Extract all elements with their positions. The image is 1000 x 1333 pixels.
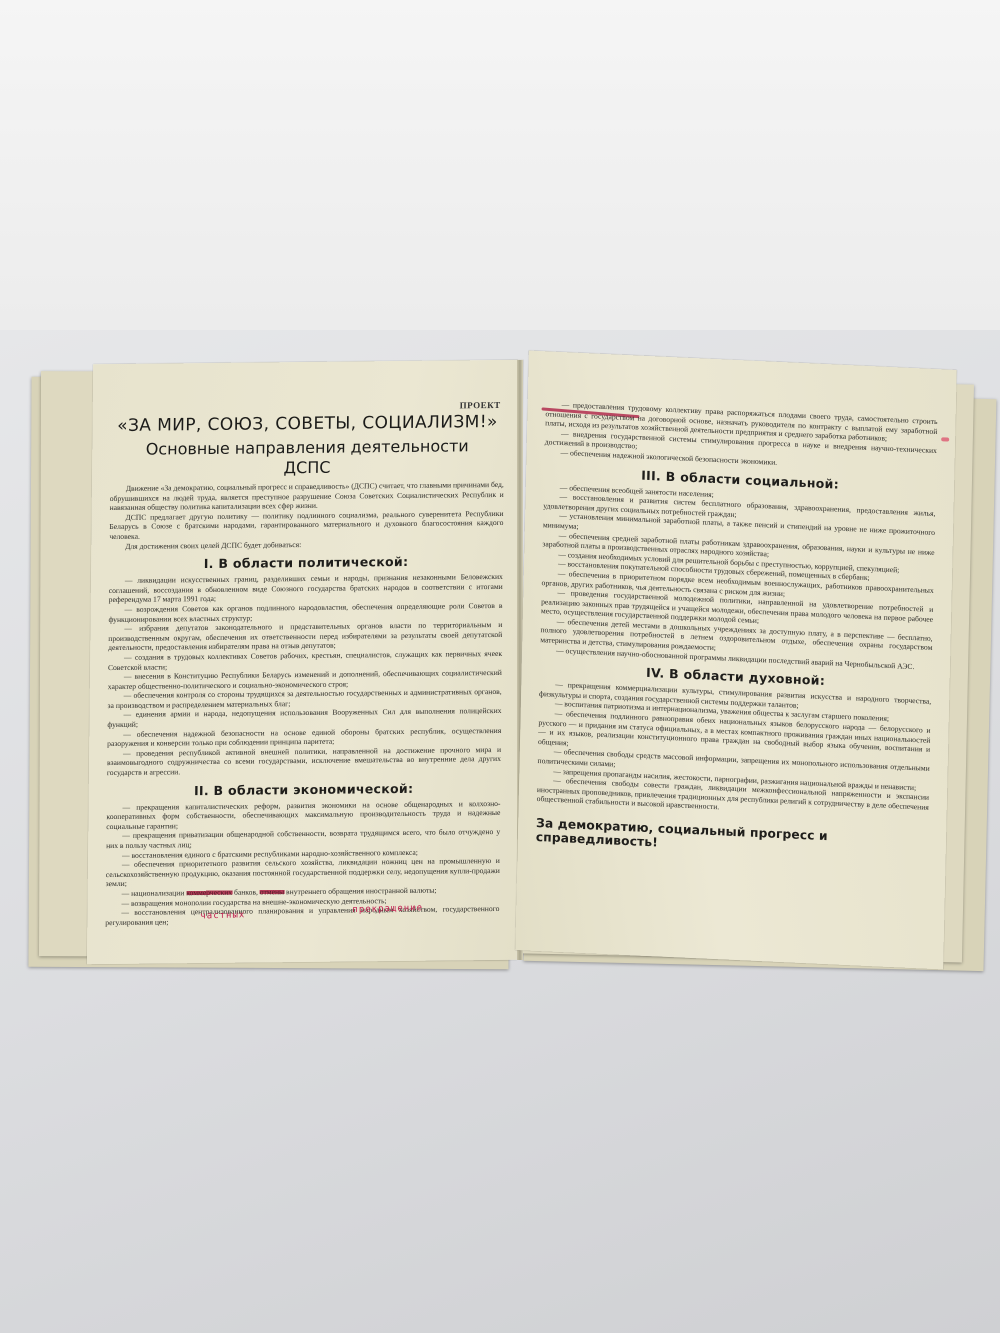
list-item: — обеспечения приоритетного развития сел…	[106, 856, 500, 889]
page-left-content: ПРОЕКТ «ЗА МИР, СОЮЗ, СОВЕТЫ, СОЦИАЛИЗМ!…	[87, 400, 522, 928]
list-item: — восстановления централизованного плани…	[105, 904, 499, 927]
section-heading-economic: II. В области экономической:	[107, 780, 501, 799]
background-wall	[0, 0, 1000, 330]
section-economic-items: — прекращения капиталистических реформ, …	[105, 799, 500, 928]
section-spiritual-items: — прекращения коммерциализации культуры,…	[537, 679, 932, 821]
subtitle-line-1: Основные направления деятельности	[110, 436, 504, 460]
closing-slogan: За демократию, социальный прогресс и спр…	[536, 816, 929, 862]
document-page-right: — предоставления трудовому коллективу пр…	[515, 351, 957, 970]
section-political-items: — ликвидации искусственных границ, разде…	[107, 572, 503, 778]
document-page-left: ПРОЕКТ «ЗА МИР, СОЮЗ, СОВЕТЫ, СОЦИАЛИЗМ!…	[87, 360, 523, 965]
list-item: — проведения республикой активной внешне…	[107, 745, 501, 778]
section-heading-political: I. В области политической:	[109, 553, 503, 572]
list-item: — избрания депутатов законодательного и …	[108, 620, 502, 653]
handwritten-annotation: прекращение	[352, 903, 423, 915]
struck-out-word: отмены	[260, 887, 284, 896]
section-economic-continued: — предоставления трудовому коллективу пр…	[544, 399, 937, 474]
handwritten-annotation: частных	[200, 910, 245, 921]
struck-out-word: коммерческих	[186, 888, 232, 897]
section-social-items: — обеспечения всеобщей занятости населен…	[540, 482, 936, 672]
list-item: — ликвидации искусственных границ, разде…	[109, 572, 503, 605]
document-subtitle: Основные направления деятельности ДСПС	[110, 436, 504, 480]
intro-paragraph: ДСПС предлагает другую политику — полити…	[109, 509, 503, 542]
page-right-content: — предоставления трудовому коллективу пр…	[518, 398, 956, 862]
intro-paragraph: Движение «За демократию, социальный прог…	[110, 480, 504, 513]
list-item: — прекращения капиталистических реформ, …	[106, 799, 500, 832]
document-title: «ЗА МИР, СОЮЗ, СОВЕТЫ, СОЦИАЛИЗМ!»	[110, 412, 504, 436]
